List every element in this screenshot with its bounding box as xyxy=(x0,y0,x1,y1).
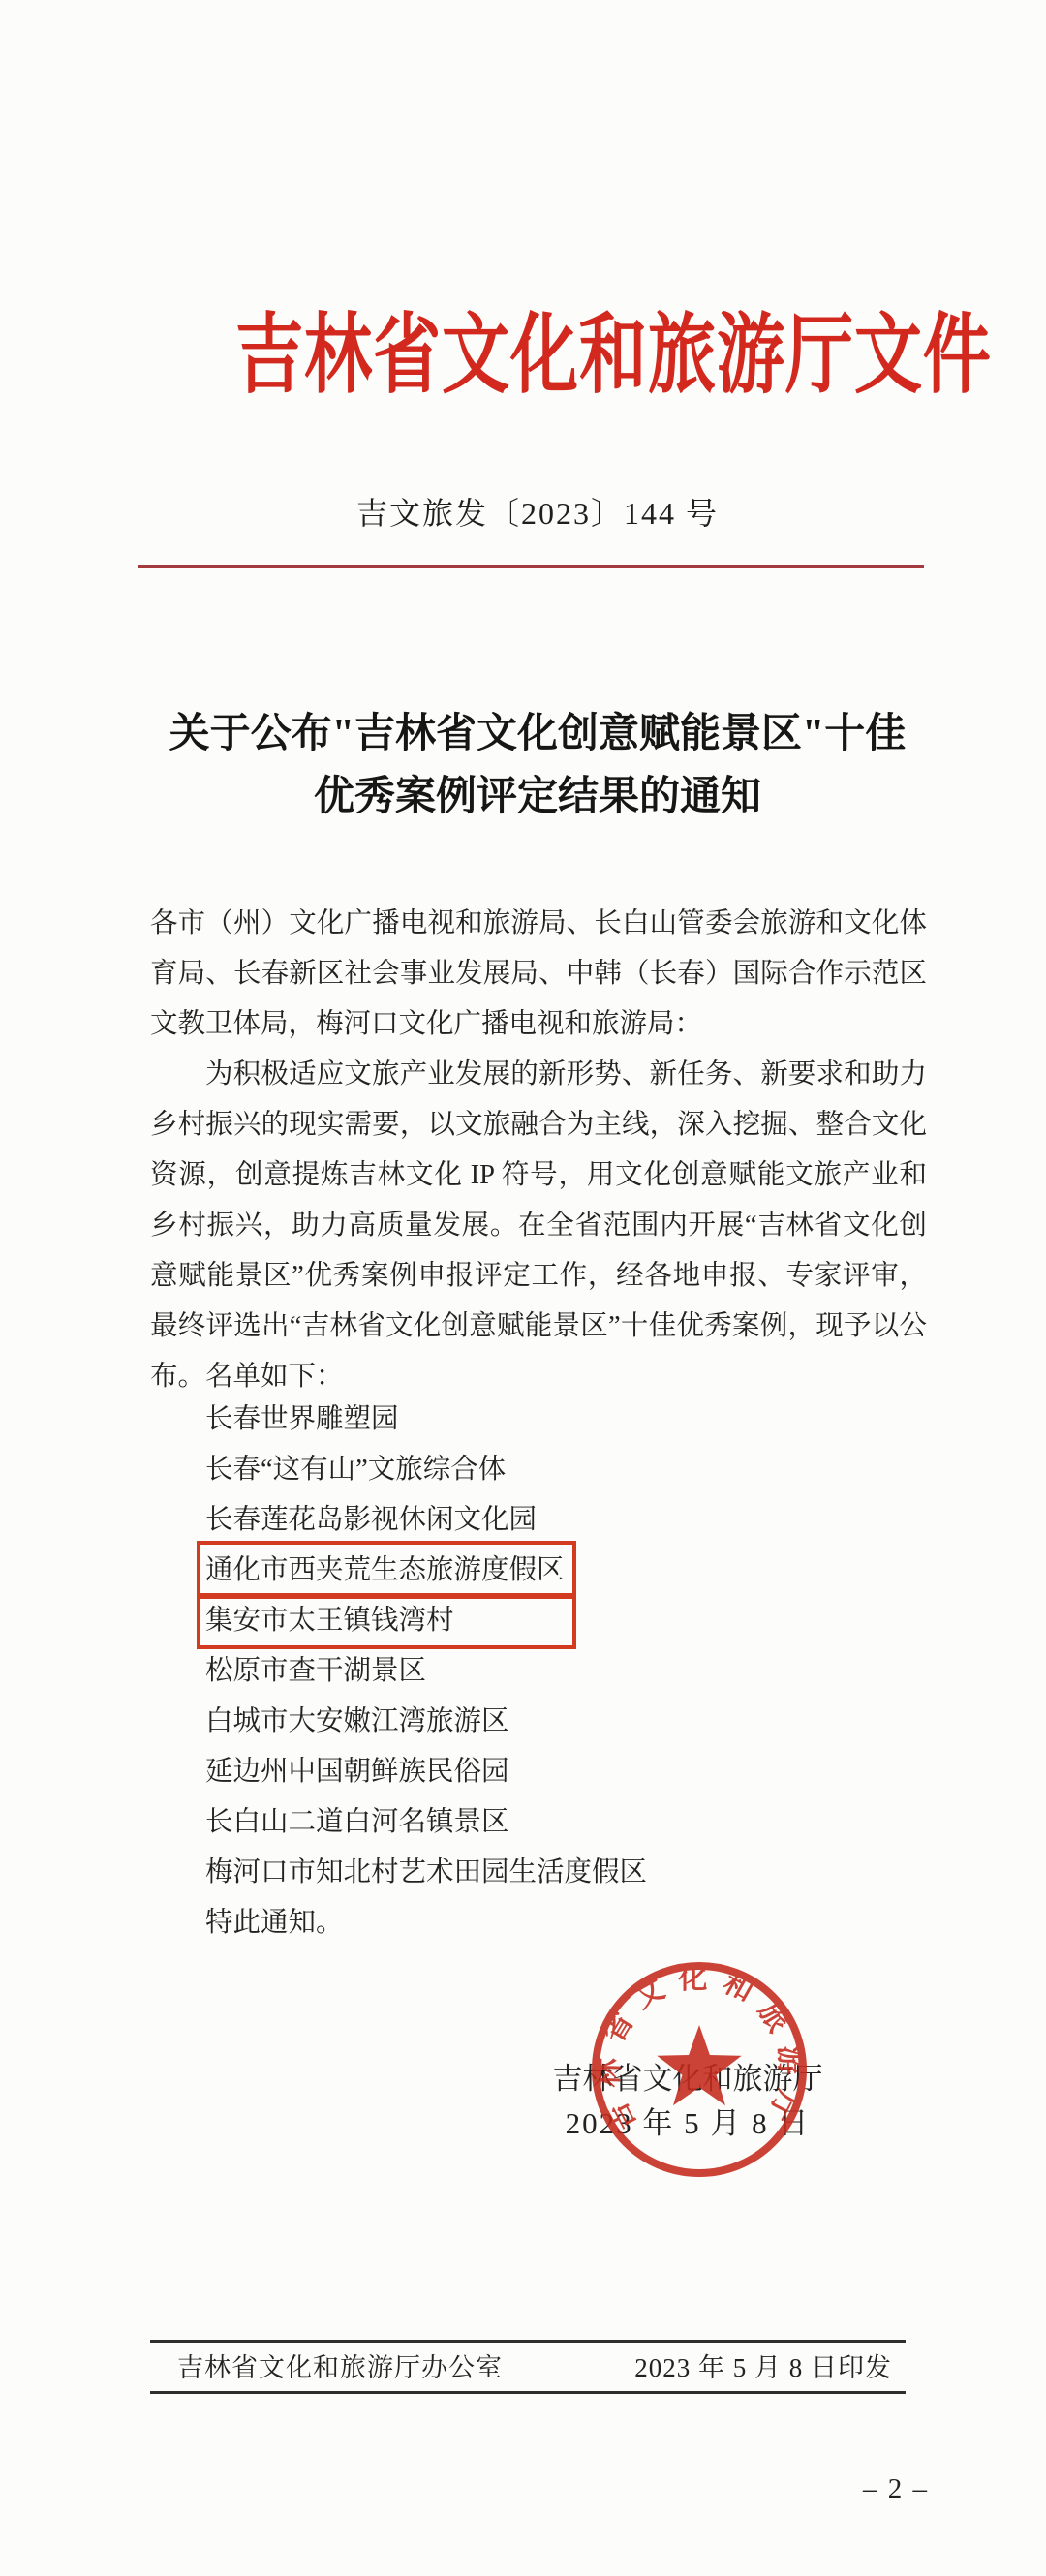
document-title-line2: 优秀案例评定结果的通知 xyxy=(150,766,925,829)
seal-star-icon xyxy=(657,2025,741,2105)
footer-rule-bottom xyxy=(150,2391,906,2394)
document-reference-number: 吉文旅发〔2023〕144 号 xyxy=(150,490,925,537)
official-seal: 吉林省文化和旅游厅 xyxy=(575,1946,823,2193)
list-item: 长春莲花岛影视休闲文化园 xyxy=(205,1495,825,1546)
document-title: 关于公布"吉林省文化创意赋能景区"十佳 优秀案例评定结果的通知 xyxy=(150,703,925,829)
closing-notice: 特此通知。 xyxy=(205,1898,825,1948)
list-item: 白城市大安嫩江湾旅游区 xyxy=(205,1697,825,1747)
letterhead-agency-title: 吉林省文化和旅游厅文件 xyxy=(235,306,840,407)
footer-issuing-office: 吉林省文化和旅游厅办公室 xyxy=(177,2346,503,2390)
footer-rule-top xyxy=(150,2340,906,2343)
list-item: 松原市查干湖景区 xyxy=(205,1646,825,1697)
page-number: – 2 – xyxy=(843,2473,949,2505)
list-item: 梅河口市知北村艺术田园生活度假区 xyxy=(205,1848,825,1898)
highlight-box-1 xyxy=(197,1541,576,1597)
document-page: 吉林省文化和旅游厅文件 吉文旅发〔2023〕144 号 关于公布"吉林省文化创意… xyxy=(0,0,1046,2576)
footer-row: 吉林省文化和旅游厅办公室 2023 年 5 月 8 日印发 xyxy=(150,2346,906,2390)
list-item: 延边州中国朝鲜族民俗园 xyxy=(205,1747,825,1797)
document-body: 各市（州）文化广播电视和旅游局、长白山管委会旅游和文化体育局、长春新区社会事业发… xyxy=(150,899,927,1402)
list-item: 长春世界雕塑园 xyxy=(205,1395,825,1445)
main-paragraph: 为积极适应文旅产业发展的新形势、新任务、新要求和助力乡村振兴的现实需要，以文旅融… xyxy=(150,1050,927,1402)
salutation-paragraph: 各市（州）文化广播电视和旅游局、长白山管委会旅游和文化体育局、长春新区社会事业发… xyxy=(150,899,927,1050)
letterhead-divider-rule xyxy=(138,565,924,568)
list-item: 长春“这有山”文旅综合体 xyxy=(205,1445,825,1495)
list-item: 长白山二道白河名镇景区 xyxy=(205,1797,825,1848)
award-list: 长春世界雕塑园 长春“这有山”文旅综合体 长春莲花岛影视休闲文化园 通化市西夹荒… xyxy=(205,1395,825,1948)
highlight-box-2 xyxy=(197,1595,576,1649)
document-title-line1: 关于公布"吉林省文化创意赋能景区"十佳 xyxy=(150,703,925,766)
footer-print-date: 2023 年 5 月 8 日印发 xyxy=(634,2346,892,2390)
